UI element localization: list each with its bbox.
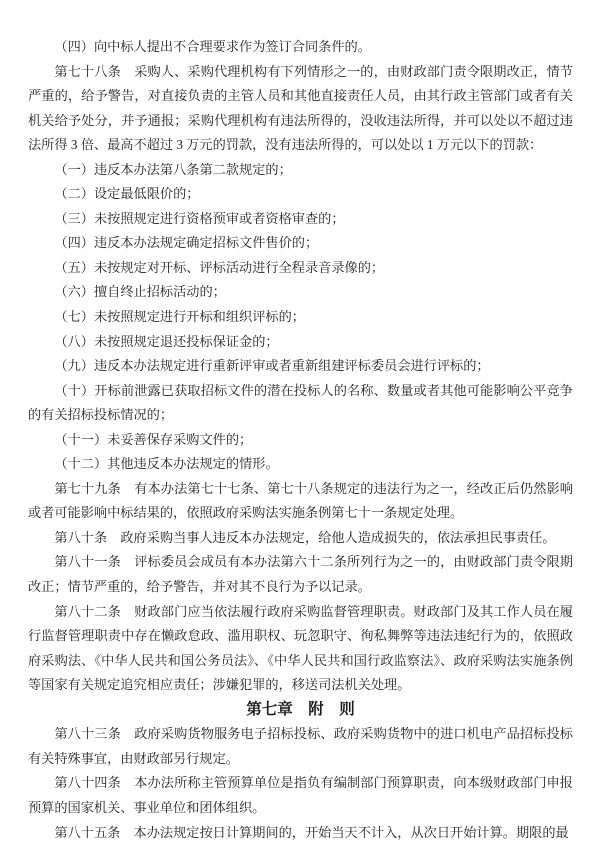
paragraph-article-80: 第八十条 政府采购当事人违反本办法规定，给他人造成损失的，依法承担民事责任。 — [28, 526, 573, 551]
list-item-2: （二）设定最低限价的； — [28, 182, 573, 207]
list-item-10: （十）开标前泄露已获取招标文件的潜在投标人的名称、数量或者其他可能影响公平竞争的… — [28, 379, 573, 428]
paragraph-article-85: 第八十五条 本办法规定按日计算期间的，开始当天不计入，从次日开始计算。期限的最 — [28, 821, 573, 846]
list-item-4: （四）违反本办法规定确定招标文件售价的； — [28, 231, 573, 256]
document-page: （四）向中标人提出不合理要求作为签订合同条件的。 第七十八条 采购人、采购代理机… — [0, 0, 600, 848]
paragraph: （四）向中标人提出不合理要求作为签订合同条件的。 — [28, 35, 573, 60]
list-item-1: （一）违反本办法第八条第二款规定的； — [28, 158, 573, 183]
list-item-8: （八）未按照规定退还投标保证金的； — [28, 330, 573, 355]
list-item-12: （十二）其他违反本办法规定的情形。 — [28, 452, 573, 477]
list-item-5: （五）未按规定对开标、评标活动进行全程录音录像的； — [28, 256, 573, 281]
paragraph-article-82: 第八十二条 财政部门应当依法履行政府采购监督管理职责。财政部门及其工作人员在履行… — [28, 600, 573, 698]
paragraph-article-78: 第七十八条 采购人、采购代理机构有下列情形之一的，由财政部门责令限期改正，情节严… — [28, 60, 573, 158]
paragraph-article-81: 第八十一条 评标委员会成员有本办法第六十二条所列行为之一的，由财政部门责令限期改… — [28, 550, 573, 599]
chapter-heading: 第七章 附 则 — [28, 698, 573, 723]
paragraph-article-84: 第八十四条 本办法所称主管预算单位是指负有编制部门预算职责，向本级财政部门申报预… — [28, 771, 573, 820]
list-item-11: （十一）未妥善保存采购文件的； — [28, 428, 573, 453]
list-item-3: （三）未按照规定进行资格预审或者资格审查的； — [28, 207, 573, 232]
list-item-9: （九）违反本办法规定进行重新评审或者重新组建评标委员会进行评标的； — [28, 354, 573, 379]
list-item-6: （六）擅自终止招标活动的； — [28, 280, 573, 305]
list-item-7: （七）未按照规定进行开标和组织评标的； — [28, 305, 573, 330]
paragraph-article-79: 第七十九条 有本办法第七十七条、第七十八条规定的违法行为之一，经改正后仍然影响或… — [28, 477, 573, 526]
paragraph-article-83: 第八十三条 政府采购货物服务电子招标投标、政府采购货物中的进口机电产品招标投标有… — [28, 722, 573, 771]
